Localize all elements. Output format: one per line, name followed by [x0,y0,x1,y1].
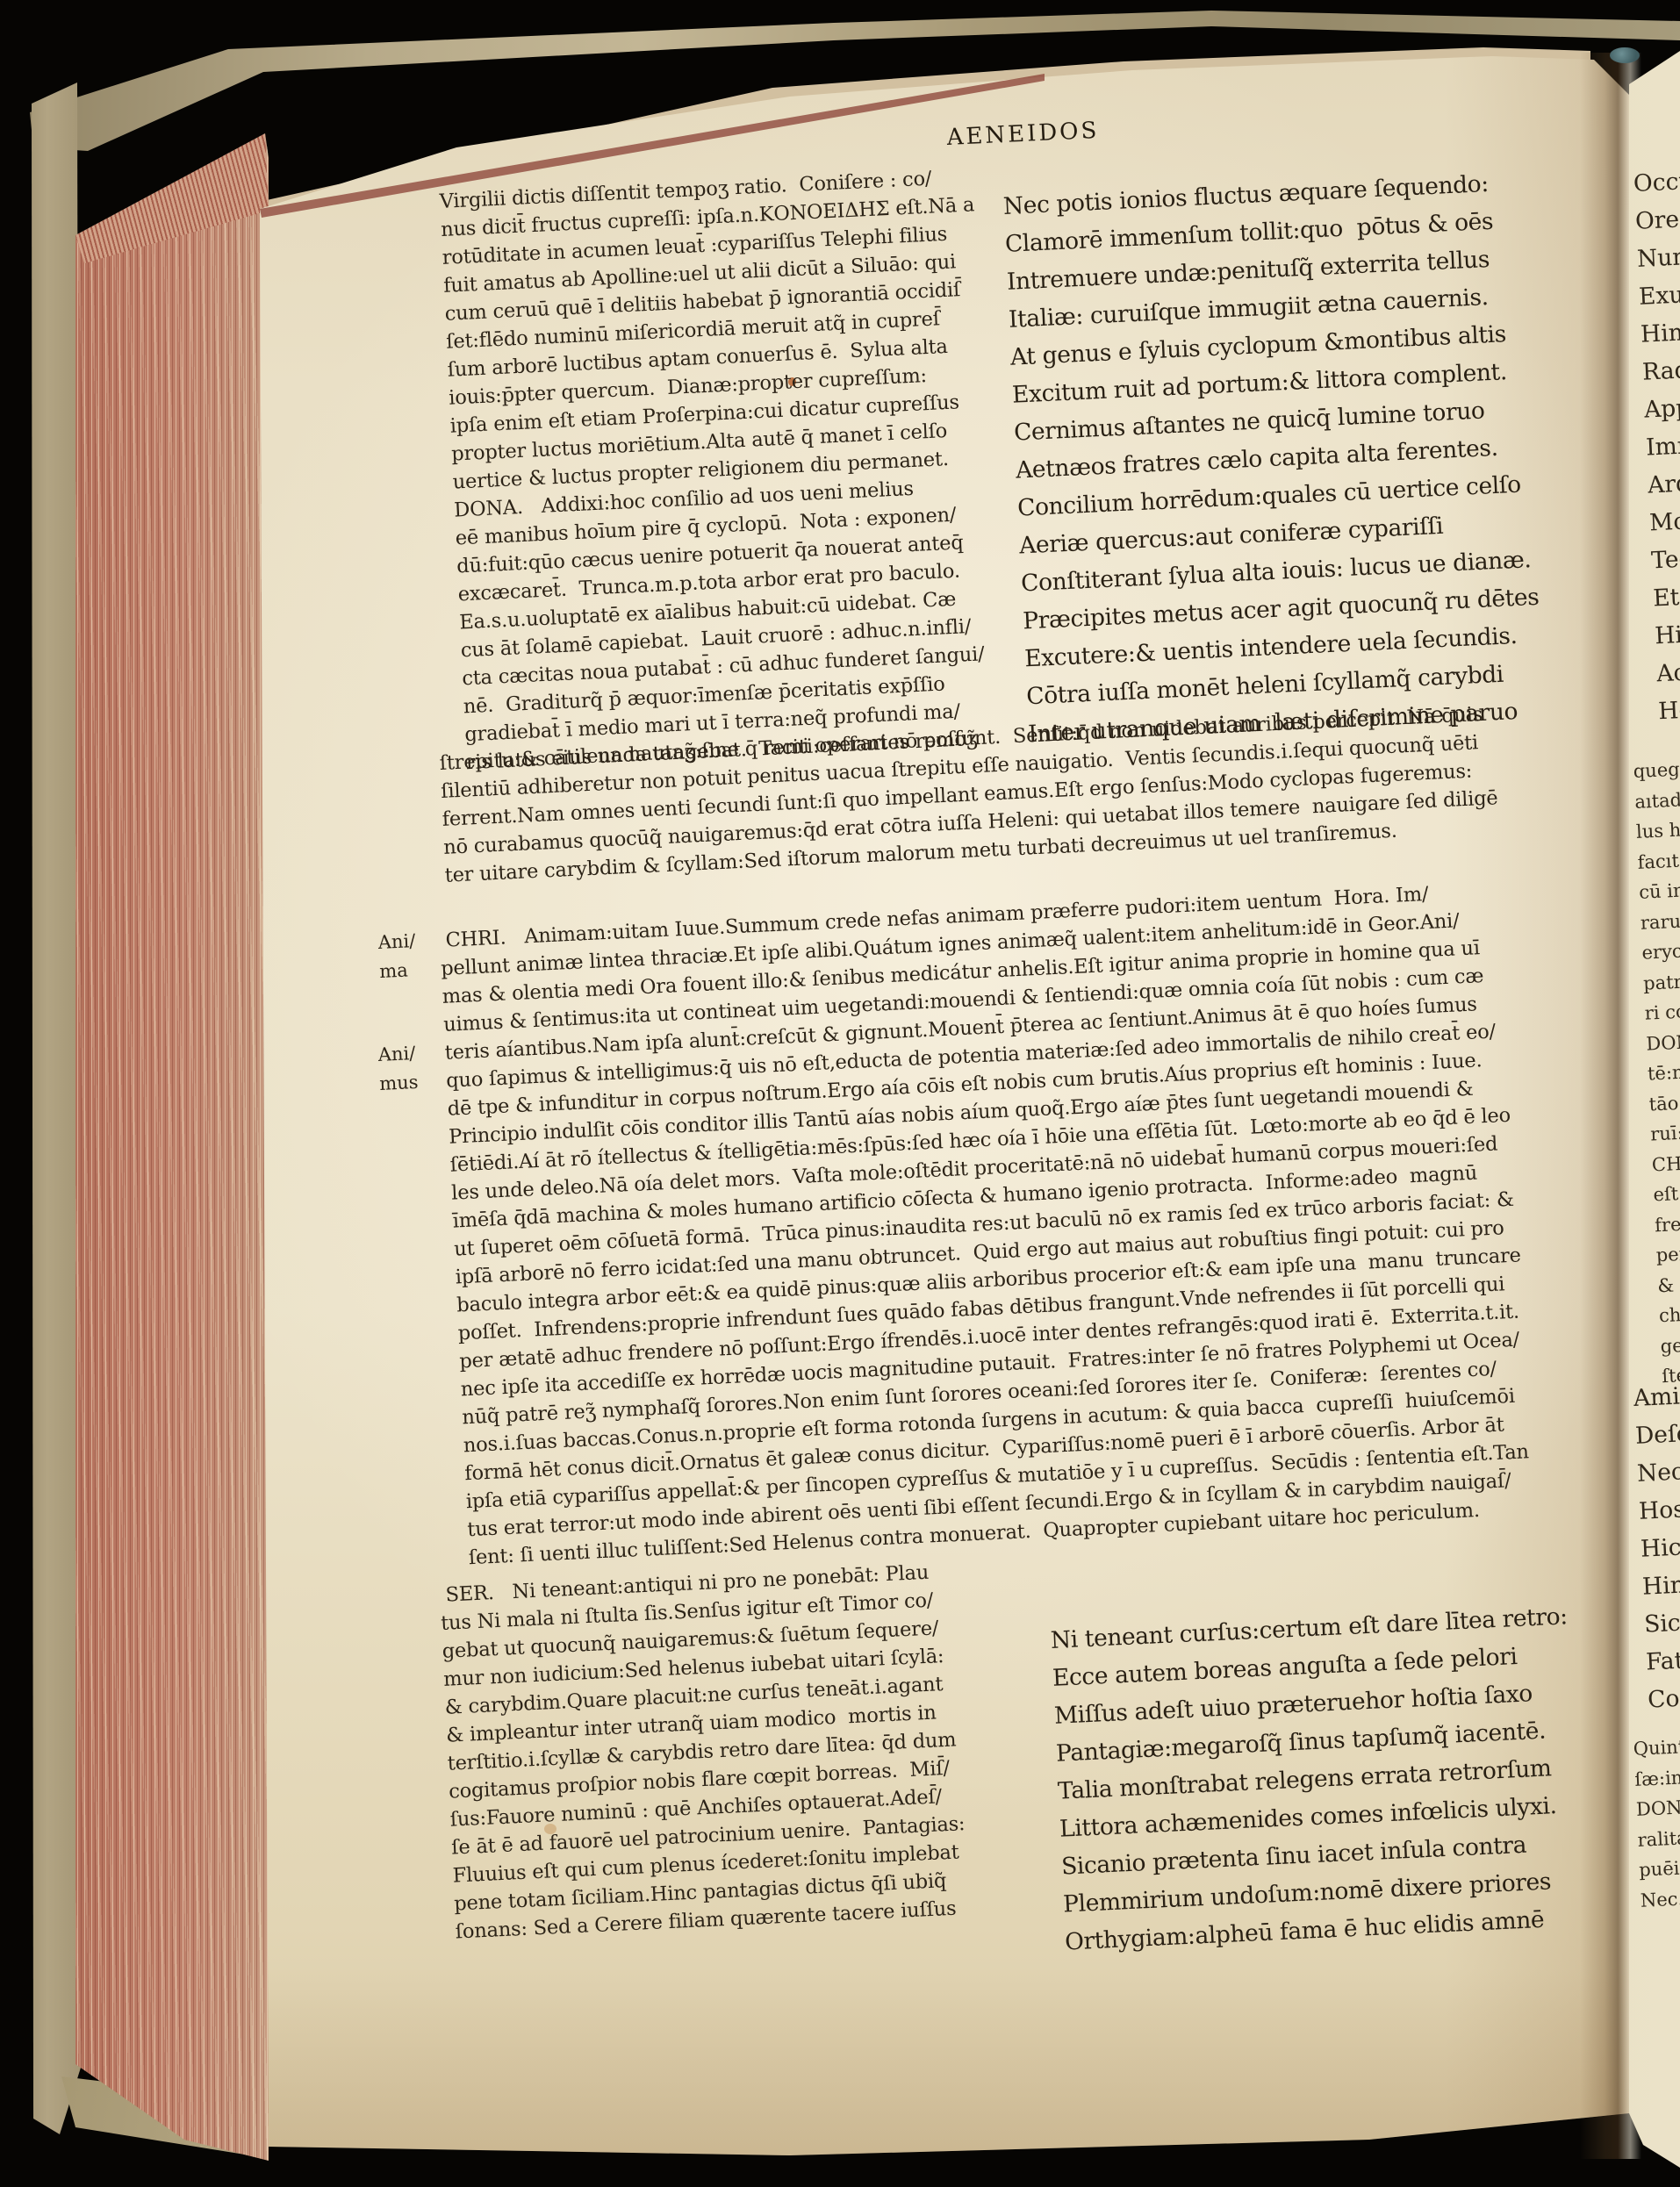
facing-verse-line: Hos mil [1638,1490,1680,1530]
book-photo: AENEIDOS Virgilii dictis diſſentit tempo… [0,0,1680,2187]
facing-commentary-line: ruī:ſed d [1650,1117,1680,1150]
facing-verse-line: Hic labo [1640,1528,1680,1567]
margin-note-line: Ani/ [377,927,416,957]
facing-commentary-line: Quinto f [1633,1732,1680,1764]
facing-commentary-line: ſæ:in terr [1634,1762,1680,1795]
facing-commentary-line: Nec.h.c [1640,1883,1680,1916]
endband [1610,47,1640,63]
facing-commentary-line: fregerūt. [1654,1208,1680,1240]
facing-commentary-line: ri conſec [1644,996,1680,1029]
facing-verse-line: Numi [1636,238,1680,277]
verse-block-bottom: Ni teneant curſus:certum eſt dare lītea … [1050,1597,1583,1961]
facing-verse-line: Hinc d [1654,615,1680,655]
facing-verse-line: Heu ge [1657,691,1680,730]
facing-commentary-line: tāo loco a [1648,1087,1680,1120]
facing-verse-line: Exupe [1638,276,1680,315]
facing-verse-line: Hinc m [1641,1566,1680,1605]
facing-commentary-line: geloú ē q̄ [1660,1329,1680,1361]
facing-commentary-line: DONA [1646,1027,1680,1059]
facing-verse-line: Fata ren [1645,1641,1680,1681]
margin-note-line: ma [379,956,418,986]
facing-commentary-line: eſt q̃ inco [1653,1178,1680,1210]
facing-verse-line: Accipit [1655,653,1680,692]
commentary-ser-block: SER. Ni teneant:antiqui ni pro ne ponebā… [439,1557,970,1946]
facing-verse-line: Et uada [1652,577,1680,617]
facing-verse-line: Occul [1633,162,1680,202]
facing-verse-line: Amitto [1633,1377,1680,1416]
commentary-column-top: Virgilii dictis diſſentit tempoʒ ratio. … [439,162,1000,777]
facing-commentary-fragments-bottom: Quinto fſæ:in terrDONAralitatē trpuēire … [1633,1732,1680,1915]
facing-commentary-line: eryce : di [1641,936,1680,968]
facing-commentary-line: patri illu [1642,966,1680,999]
margin-note-animus: Ani/mus [377,1039,419,1099]
facing-commentary-line: rarunt. [1640,906,1680,938]
facing-verse-line: Arduus [1647,464,1680,504]
facing-commentary-line: tē:nā ſi q̄ [1647,1057,1680,1089]
facing-verse-line: Conticu [1647,1679,1680,1718]
facing-verse-line: Mœnia [1648,502,1680,541]
facing-verse-line: Appare [1643,389,1680,428]
commentary-chri-block: CHRI. Animam:uitam Iuue.Summum crede nef… [439,877,1533,1572]
facing-commentary-line: cū in capa [1639,875,1680,907]
margin-note-anima: Ani/ma [377,927,418,986]
facing-commentary-line: & captar [1657,1268,1680,1301]
verse-column-top: Nec potis ionios fluctus æquare ſequendo… [1002,163,1545,753]
facing-commentary-line: CHRI. [1651,1147,1680,1180]
facing-verse-line: Imman [1645,427,1680,466]
facing-commentary-line: chino me [1658,1299,1680,1331]
facing-commentary-line: quegela: [1633,754,1680,786]
margin-note-line: Ani/ [377,1039,418,1070]
facing-verse-line: Deſeris [1634,1415,1680,1454]
facing-commentary-line: per tot [1655,1238,1680,1271]
facing-verse-line: Radin [1641,351,1680,391]
facing-verse-line: Hinc a [1640,313,1680,353]
facing-verse-line: Nec uat [1636,1452,1680,1492]
facing-commentary-line: aıtad ma [1634,785,1680,817]
facing-commentary-line: puēire nō [1639,1853,1680,1885]
facing-commentary-line: facıt æne: [1637,845,1680,878]
facing-commentary-line: lus hæc e [1635,814,1680,847]
facing-commentary-line: ralitatē tr [1637,1823,1680,1855]
facing-commentary-line: DONA [1635,1792,1680,1825]
facing-verse-line: Teq̃ da [1650,540,1680,579]
facing-verse-line: Ore ar [1634,200,1680,240]
margin-note-line: mus [379,1068,420,1099]
facing-verse-line: Sic pate [1643,1603,1680,1643]
